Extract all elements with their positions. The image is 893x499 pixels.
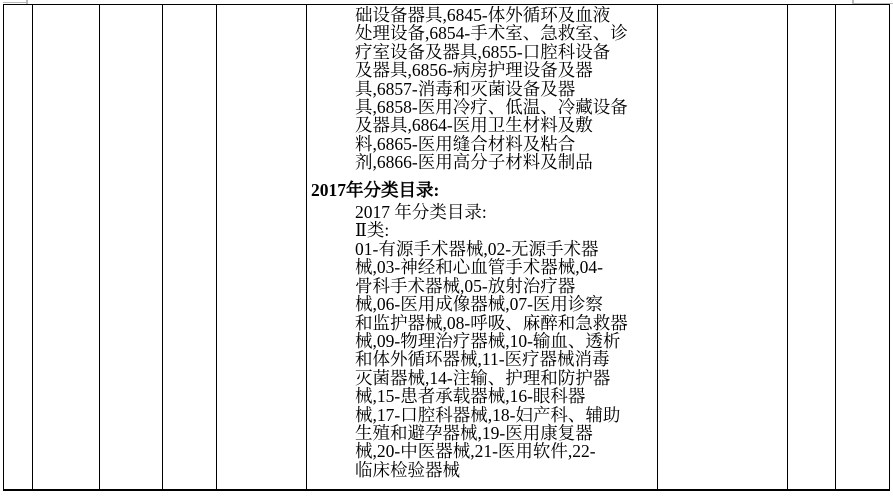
table-cell-empty-8 bbox=[788, 5, 836, 489]
catalog-2017-subheading: 2017 年分类目录: bbox=[355, 203, 654, 221]
table-cell-empty-1 bbox=[4, 5, 33, 489]
table-cell-empty-2 bbox=[33, 5, 100, 489]
table-cell-category-content: 础设备器具,6845-体外循环及血液 处理设备,6854-手术室、急救室、诊 疗… bbox=[307, 5, 658, 489]
table-cell-empty-7 bbox=[658, 5, 788, 489]
catalog-2017-heading: 2017年分类目录: bbox=[311, 181, 654, 199]
table-cell-empty-9 bbox=[836, 5, 889, 489]
document-page: { "colors": { "table_border": "#000000",… bbox=[0, 0, 893, 499]
page-continuation-mark-left-horizontal bbox=[3, 2, 27, 4]
table-cell-empty-5 bbox=[217, 5, 307, 489]
table-cell-empty-3 bbox=[100, 5, 163, 489]
catalog-2017-items-text: 01-有源手术器械,02-无源手术器 械,03-神经和心血管手术器械,04- 骨… bbox=[355, 240, 654, 479]
classification-table: 础设备器具,6845-体外循环及血液 处理设备,6854-手术室、急救室、诊 疗… bbox=[3, 4, 890, 491]
catalog-2017-class-label: Ⅱ类: bbox=[355, 221, 654, 239]
table-cell-empty-4 bbox=[163, 5, 217, 489]
catalog-2002-continuation-text: 础设备器具,6845-体外循环及血液 处理设备,6854-手术室、急救室、诊 疗… bbox=[355, 6, 654, 172]
